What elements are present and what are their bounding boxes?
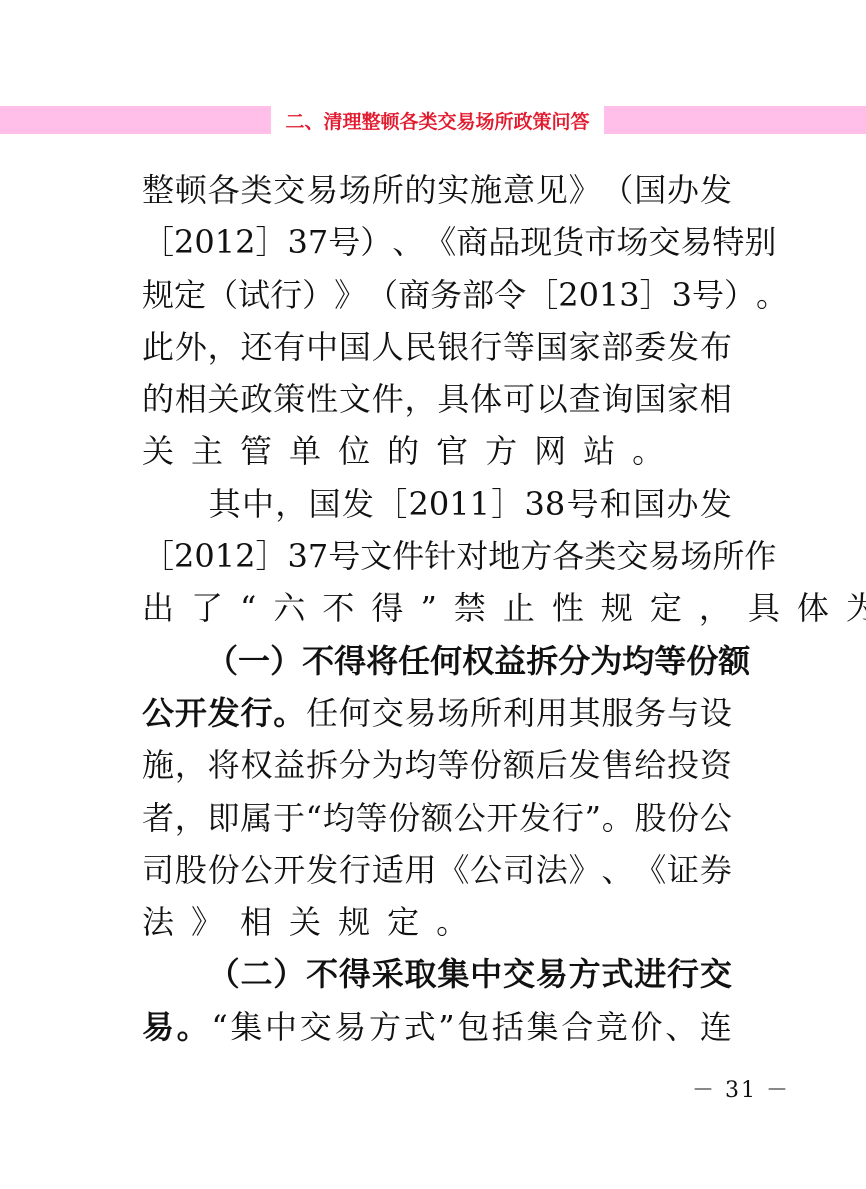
glyph: 场 [339, 168, 371, 220]
glyph: ［ [526, 273, 558, 325]
glyph: （ [206, 273, 238, 325]
glyph: ） [724, 273, 756, 325]
glyph: 资 [700, 743, 732, 795]
glyph: 易 [334, 1005, 366, 1057]
glyph: 份 [470, 743, 502, 795]
glyph: 管 [240, 429, 272, 481]
glyph: 易 [680, 220, 712, 272]
glyph: 规 [601, 586, 633, 638]
glyph: 。 [436, 900, 468, 952]
glyph: 方 [485, 429, 517, 481]
glyph: 相 [240, 900, 272, 952]
bold-glyph: 采 [372, 952, 404, 1004]
glyph: 利 [503, 691, 535, 743]
glyph: 拆 [306, 743, 338, 795]
glyph: ” [438, 1005, 454, 1057]
glyph: ［ [142, 534, 174, 586]
bold-glyph: 额 [718, 639, 750, 691]
glyph: 体 [797, 586, 829, 638]
glyph: 开 [273, 848, 305, 900]
glyph: 其 [209, 482, 241, 534]
glyph: 《 [634, 848, 666, 900]
glyph: 。 [602, 796, 634, 848]
glyph: （ [366, 273, 398, 325]
glyph: 定 [650, 586, 682, 638]
bold-glyph: 集 [437, 952, 469, 1004]
glyph: 》 [334, 273, 366, 325]
glyph: 38 [525, 482, 566, 534]
glyph: 站 [583, 429, 615, 481]
glyph: 》 [569, 848, 601, 900]
glyph: 发 [342, 482, 374, 534]
glyph: 分 [339, 743, 371, 795]
glyph: 定 [174, 273, 206, 325]
glyph: 禁 [454, 586, 486, 638]
glyph: 股 [175, 848, 207, 900]
glyph: 司 [142, 848, 174, 900]
indent-space [142, 952, 174, 1004]
glyph: 发 [569, 743, 601, 795]
bold-glyph: 何 [430, 639, 462, 691]
header-band-left [0, 106, 271, 134]
glyph: 后 [536, 743, 568, 795]
glyph: 中 [242, 482, 274, 534]
bold-glyph: 。 [273, 691, 305, 743]
glyph: 券 [700, 848, 732, 900]
glyph: 额 [421, 796, 453, 848]
text-line: 规定（试行）》（商务部令［2013］3号）。 [142, 273, 732, 325]
text-line: ［2012］37号）、《商品现货市场交易特别 [142, 220, 732, 272]
glyph: 竞 [596, 1005, 628, 1057]
glyph: 份 [208, 848, 240, 900]
glyph: 为 [846, 586, 866, 638]
glyph: 等 [355, 796, 387, 848]
bold-glyph: 不 [302, 639, 334, 691]
bold-glyph: 公 [142, 691, 174, 743]
glyph: 试 [238, 273, 270, 325]
glyph: 部 [462, 273, 494, 325]
glyph: 所 [372, 168, 404, 220]
glyph: 出 [142, 586, 174, 638]
glyph: 官 [436, 429, 468, 481]
glyph: 家 [667, 377, 699, 429]
glyph: 给 [634, 743, 666, 795]
glyph: 查 [569, 377, 601, 429]
glyph: 具 [748, 586, 780, 638]
glyph: 针 [424, 534, 456, 586]
glyph: 布 [700, 325, 732, 377]
glyph: ［ [375, 482, 407, 534]
text-line-paragraph-end: 关主管单位的官方网站。 [142, 429, 732, 481]
glyph: 场 [437, 691, 469, 743]
glyph: ， [208, 325, 240, 377]
bold-glyph: ） [273, 952, 305, 1004]
glyph: 相 [175, 377, 207, 429]
glyph: 国 [633, 482, 665, 534]
glyph: 集 [230, 1005, 262, 1057]
glyph: 其 [569, 691, 601, 743]
indent-space [142, 482, 174, 534]
glyph: 服 [601, 691, 633, 743]
glyph: 实 [437, 168, 469, 220]
glyph: 《 [437, 848, 469, 900]
bold-glyph: 。 [177, 1005, 209, 1057]
bold-glyph: 取 [405, 952, 437, 1004]
glyph: 易 [648, 534, 680, 586]
glyph: 市 [584, 220, 616, 272]
bold-glyph: 将 [366, 639, 398, 691]
glyph: 规 [338, 900, 370, 952]
glyph: 此 [142, 325, 174, 377]
glyph: 用 [405, 848, 437, 900]
glyph: 号 [328, 220, 360, 272]
glyph: 顿 [175, 168, 207, 220]
bold-glyph: 不 [306, 952, 338, 1004]
text-line: ［2012］37号文件针对地方各类交易场所作 [142, 534, 732, 586]
bold-glyph: 一 [238, 639, 270, 691]
glyph: 家 [569, 325, 601, 377]
bold-glyph: 式 [601, 952, 633, 1004]
glyph: 商 [398, 273, 430, 325]
glyph: 者 [142, 796, 174, 848]
bold-glyph: 份 [686, 639, 718, 691]
glyph: 公 [454, 796, 486, 848]
glyph: 即 [207, 796, 239, 848]
glyph: 发 [519, 796, 551, 848]
text-line: 此外，还有中国人民银行等国家部委发布 [142, 325, 732, 377]
glyph: 属 [240, 796, 272, 848]
glyph: ］ [255, 220, 287, 272]
glyph: 售 [601, 743, 633, 795]
glyph: 均 [405, 743, 437, 795]
glyph: 行 [470, 325, 502, 377]
glyph: 文 [339, 377, 371, 429]
glyph: “ [306, 796, 322, 848]
glyph: 特 [712, 220, 744, 272]
glyph: 交 [372, 691, 404, 743]
glyph: 适 [372, 848, 404, 900]
glyph: 政 [240, 377, 272, 429]
glyph: 单 [289, 429, 321, 481]
glyph: 行 [339, 848, 371, 900]
glyph: 的 [387, 429, 419, 481]
glyph: 开 [486, 796, 518, 848]
glyph: 各 [208, 168, 240, 220]
bold-glyph: 拆 [526, 639, 558, 691]
glyph: ” [585, 796, 601, 848]
heading-line-item-1: （一）不得将任何权益拆分为均等份额 [142, 639, 732, 691]
glyph: 地 [488, 534, 520, 586]
glyph: 益 [273, 743, 305, 795]
glyph: 易 [306, 168, 338, 220]
bold-glyph: 交 [700, 952, 732, 1004]
glyph: 投 [667, 743, 699, 795]
glyph: ］ [255, 534, 287, 586]
bold-glyph: 发 [208, 691, 240, 743]
bold-glyph: 进 [634, 952, 666, 1004]
glyph: ］ [491, 482, 523, 534]
bold-glyph: 方 [569, 952, 601, 1004]
glyph: 不 [322, 586, 354, 638]
glyph: 以 [536, 377, 568, 429]
glyph: 式 [404, 1005, 436, 1057]
glyph: 主 [191, 429, 223, 481]
glyph: （ [601, 168, 633, 220]
glyph: 发 [700, 482, 732, 534]
bold-glyph: （ [206, 639, 238, 691]
body-text: 整顿各类交易场所的实施意见》（国办发 ［2012］37号）、《商品现货市场交易特… [142, 168, 732, 1057]
glyph: 合 [561, 1005, 593, 1057]
glyph: 了 [191, 586, 223, 638]
glyph: 价 [631, 1005, 663, 1057]
glyph: 中 [306, 325, 338, 377]
glyph: 包 [457, 1005, 489, 1057]
glyph: 发 [667, 325, 699, 377]
glyph: 均 [323, 796, 355, 848]
text-line: 施，将权益拆分为均等份额后发售给投资 [142, 743, 732, 795]
text-line: 整顿各类交易场所的实施意见》（国办发 [142, 168, 732, 220]
glyph: 交 [648, 220, 680, 272]
glyph: 行 [552, 796, 584, 848]
glyph: 关 [208, 377, 240, 429]
glyph: 位 [338, 429, 370, 481]
glyph: 2013 [558, 273, 639, 325]
glyph: 和 [600, 482, 632, 534]
glyph: 定 [387, 900, 419, 952]
glyph: 份 [667, 796, 699, 848]
glyph: 权 [240, 743, 272, 795]
glyph: 人 [372, 325, 404, 377]
glyph: “ [240, 586, 256, 638]
bold-glyph: 益 [494, 639, 526, 691]
glyph: 司 [503, 848, 535, 900]
page-number: － 31 － [692, 1073, 790, 1104]
bold-glyph: 权 [462, 639, 494, 691]
glyph: 交 [616, 534, 648, 586]
glyph: 相 [700, 377, 732, 429]
glyph: ］ [640, 273, 672, 325]
glyph: 、 [665, 1005, 697, 1057]
glyph: 国 [634, 377, 666, 429]
glyph: 》 [191, 900, 223, 952]
glyph: 场 [616, 220, 648, 272]
glyph: 国 [536, 325, 568, 377]
glyph: 、 [601, 848, 633, 900]
glyph: 证 [667, 848, 699, 900]
glyph: 。 [756, 273, 788, 325]
text-line-item-1-continued: 公开发行。任何交易场所利用其服务与设 [142, 691, 732, 743]
glyph: 37 [287, 220, 328, 272]
glyph: 网 [534, 429, 566, 481]
bold-glyph: 中 [470, 952, 502, 1004]
bold-glyph: 开 [175, 691, 207, 743]
glyph: 策 [273, 377, 305, 429]
glyph: 各 [552, 534, 584, 586]
indent-space [174, 639, 206, 691]
glyph: ， [175, 796, 207, 848]
glyph: 号 [567, 482, 599, 534]
glyph: 体 [470, 377, 502, 429]
glyph: 所 [470, 691, 502, 743]
glyph: 的 [405, 168, 437, 220]
glyph: 民 [405, 325, 437, 377]
bold-glyph: （ [208, 952, 240, 1004]
glyph: 等 [503, 325, 535, 377]
glyph: 股 [634, 796, 666, 848]
glyph: 设 [700, 691, 732, 743]
glyph: ， [275, 482, 307, 534]
indent-space [175, 482, 207, 534]
glyph: 交 [273, 168, 305, 220]
glyph: 的 [142, 377, 174, 429]
bold-glyph: 等 [654, 639, 686, 691]
glyph: 银 [437, 325, 469, 377]
glyph: 货 [552, 220, 584, 272]
running-head-title: 二、清理整顿各类交易场所政策问答 [271, 104, 604, 136]
glyph: 类 [240, 168, 272, 220]
text-line: 者，即属于“均等份额公开发行”。股份公 [142, 796, 732, 848]
glyph: 止 [503, 586, 535, 638]
glyph: 发 [700, 168, 732, 220]
glyph: 委 [634, 325, 666, 377]
glyph: 法 [142, 900, 174, 952]
glyph: 关 [289, 900, 321, 952]
glyph: 3 [672, 273, 692, 325]
glyph: 集 [527, 1005, 559, 1057]
glyph: 部 [601, 325, 633, 377]
glyph: 询 [601, 377, 633, 429]
glyph: ， [699, 586, 731, 638]
glyph: ） [360, 220, 392, 272]
glyph: 连 [700, 1005, 732, 1057]
glyph: 方 [369, 1005, 401, 1057]
bold-glyph: 行 [667, 952, 699, 1004]
glyph: 何 [339, 691, 371, 743]
bold-glyph: 均 [622, 639, 654, 691]
glyph: 《 [424, 220, 456, 272]
glyph: 额 [503, 743, 535, 795]
glyph: 别 [744, 220, 776, 272]
bold-glyph: 得 [339, 952, 371, 1004]
glyph: 2012 [174, 220, 255, 272]
glyph: ” [420, 586, 436, 638]
glyph: 施 [470, 168, 502, 220]
glyph: 规 [142, 273, 174, 325]
text-line: 的相关政策性文件，具体可以查询国家相 [142, 377, 732, 429]
glyph: 外 [175, 325, 207, 377]
glyph: 件 [372, 377, 404, 429]
glyph: “ [211, 1005, 227, 1057]
glyph: 2011 [409, 482, 490, 534]
bold-glyph: 为 [590, 639, 622, 691]
bold-glyph: 交 [503, 952, 535, 1004]
glyph: 有 [273, 325, 305, 377]
glyph: 商 [456, 220, 488, 272]
glyph: 将 [208, 743, 240, 795]
glyph: 、 [392, 220, 424, 272]
glyph: 括 [492, 1005, 524, 1057]
bold-glyph: 二 [240, 952, 272, 1004]
glyph: 国 [634, 168, 666, 220]
glyph: 类 [584, 534, 616, 586]
text-line-paragraph-start: 其中，国发［2011］38号和国办发 [142, 482, 732, 534]
glyph: 37 [287, 534, 328, 586]
glyph: 发 [306, 848, 338, 900]
glyph: 中 [265, 1005, 297, 1057]
glyph: ， [405, 377, 437, 429]
glyph: 六 [273, 586, 305, 638]
glyph: 件 [392, 534, 424, 586]
glyph: 为 [372, 743, 404, 795]
glyph: 号 [692, 273, 724, 325]
glyph: 对 [456, 534, 488, 586]
indent-space [142, 639, 174, 691]
glyph: 令 [494, 273, 526, 325]
bold-glyph: 行 [240, 691, 272, 743]
glyph: 公 [240, 848, 272, 900]
glyph: 方 [520, 534, 552, 586]
glyph: 公 [470, 848, 502, 900]
bold-glyph: 任 [398, 639, 430, 691]
glyph: 性 [306, 377, 338, 429]
glyph: 行 [270, 273, 302, 325]
heading-line-item-2: （二）不得采取集中交易方式进行交 [142, 952, 732, 1004]
header-band-right [604, 106, 866, 134]
text-line-item-2-continued: 易。“集中交易方式”包括集合竞价、连 [142, 1005, 732, 1057]
glyph: ） [302, 273, 334, 325]
glyph: 文 [360, 534, 392, 586]
glyph: 易 [405, 691, 437, 743]
glyph: 品 [488, 220, 520, 272]
glyph: 办 [667, 482, 699, 534]
glyph: ， [175, 743, 207, 795]
glyph: 还 [240, 325, 272, 377]
glyph: 所 [712, 534, 744, 586]
bold-glyph: 得 [334, 639, 366, 691]
glyph: 可 [503, 377, 535, 429]
bold-glyph: 易 [536, 952, 568, 1004]
glyph: 现 [520, 220, 552, 272]
glyph: 法 [536, 848, 568, 900]
glyph: 场 [680, 534, 712, 586]
glyph: 与 [667, 691, 699, 743]
glyph: 办 [667, 168, 699, 220]
glyph: ［ [142, 220, 174, 272]
glyph: 2012 [174, 534, 255, 586]
glyph: 整 [142, 168, 174, 220]
glyph: 任 [306, 691, 338, 743]
glyph: 于 [273, 796, 305, 848]
glyph: 施 [142, 743, 174, 795]
glyph: 性 [552, 586, 584, 638]
glyph: 关 [142, 429, 174, 481]
indent-space [175, 952, 207, 1004]
glyph: 见 [536, 168, 568, 220]
glyph: 务 [634, 691, 666, 743]
glyph: 具 [437, 377, 469, 429]
glyph: 用 [536, 691, 568, 743]
glyph: 交 [300, 1005, 332, 1057]
bold-glyph: 分 [558, 639, 590, 691]
glyph: 国 [339, 325, 371, 377]
glyph: 作 [744, 534, 776, 586]
glyph: 》 [569, 168, 601, 220]
text-line-paragraph-end: 法》相关规定。 [142, 900, 732, 952]
glyph: 国 [309, 482, 341, 534]
glyph: 。 [632, 429, 664, 481]
text-line-paragraph-end: 出了“六不得”禁止性规定，具体为： [142, 586, 732, 638]
bold-glyph: 易 [142, 1005, 174, 1057]
